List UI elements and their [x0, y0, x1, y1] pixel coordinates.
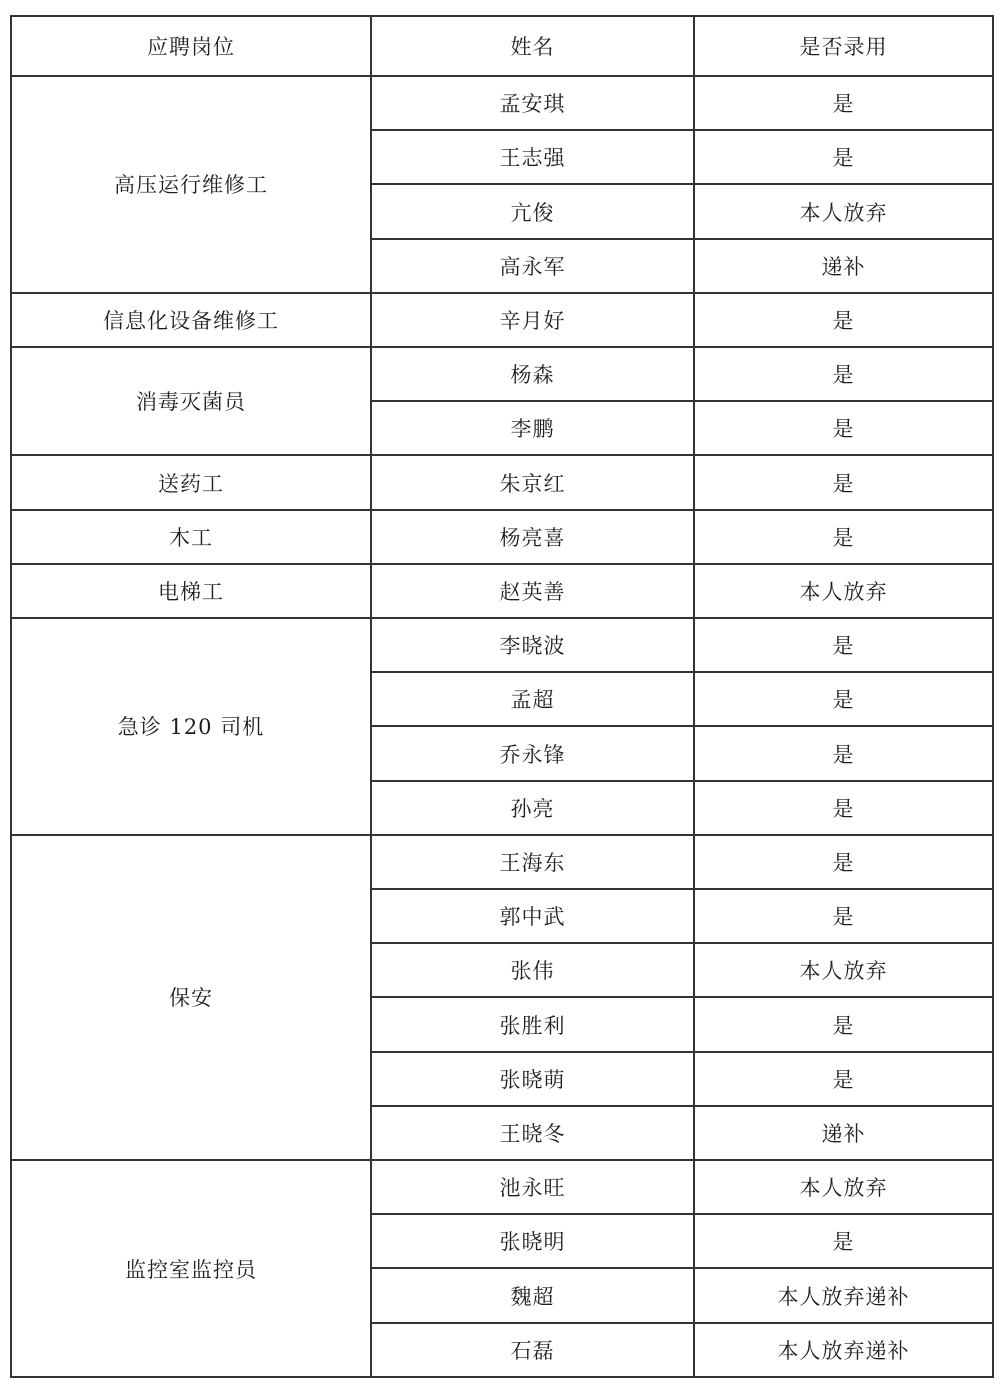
name-cell: 池永旺 — [371, 1160, 694, 1214]
name-cell: 杨亮喜 — [371, 510, 694, 564]
name-cell: 王海东 — [371, 835, 694, 889]
result-cell: 是 — [694, 672, 993, 726]
header-row: 应聘岗位 姓名 是否录用 — [11, 16, 993, 76]
table-row: 电梯工赵英善本人放弃 — [11, 564, 993, 618]
table-row: 监控室监控员池永旺本人放弃 — [11, 1160, 993, 1214]
name-cell: 亢俊 — [371, 184, 694, 238]
result-cell: 是 — [694, 455, 993, 509]
header-name: 姓名 — [371, 16, 694, 76]
result-cell: 是 — [694, 401, 993, 455]
name-cell: 赵英善 — [371, 564, 694, 618]
name-cell: 张晓明 — [371, 1214, 694, 1268]
table-row: 信息化设备维修工辛月好是 — [11, 293, 993, 347]
name-cell: 张晓萌 — [371, 1052, 694, 1106]
position-cell: 监控室监控员 — [11, 1160, 371, 1377]
result-cell: 是 — [694, 835, 993, 889]
table-row: 保安王海东是 — [11, 835, 993, 889]
result-cell: 本人放弃 — [694, 184, 993, 238]
result-cell: 是 — [694, 347, 993, 401]
name-cell: 李鹏 — [371, 401, 694, 455]
result-cell: 是 — [694, 1214, 993, 1268]
result-cell: 本人放弃 — [694, 564, 993, 618]
header-result: 是否录用 — [694, 16, 993, 76]
name-cell: 王志强 — [371, 130, 694, 184]
name-cell: 李晓波 — [371, 618, 694, 672]
result-cell: 是 — [694, 889, 993, 943]
result-cell: 本人放弃 — [694, 943, 993, 997]
result-cell: 是 — [694, 1052, 993, 1106]
position-cell: 保安 — [11, 835, 371, 1160]
result-cell: 本人放弃递补 — [694, 1268, 993, 1322]
result-cell: 是 — [694, 76, 993, 130]
position-cell: 急诊 120 司机 — [11, 618, 371, 835]
position-cell: 高压运行维修工 — [11, 76, 371, 293]
position-cell: 消毒灭菌员 — [11, 347, 371, 455]
name-cell: 王晓冬 — [371, 1106, 694, 1160]
name-cell: 孙亮 — [371, 781, 694, 835]
name-cell: 杨森 — [371, 347, 694, 401]
result-cell: 是 — [694, 293, 993, 347]
result-cell: 是 — [694, 618, 993, 672]
result-cell: 递补 — [694, 239, 993, 293]
table-row: 木工杨亮喜是 — [11, 510, 993, 564]
name-cell: 张胜利 — [371, 997, 694, 1051]
table-row: 送药工朱京红是 — [11, 455, 993, 509]
result-cell: 是 — [694, 130, 993, 184]
name-cell: 辛月好 — [371, 293, 694, 347]
result-cell: 是 — [694, 510, 993, 564]
table-row: 急诊 120 司机李晓波是 — [11, 618, 993, 672]
table-row: 高压运行维修工孟安琪是 — [11, 76, 993, 130]
name-cell: 石磊 — [371, 1323, 694, 1377]
position-cell: 信息化设备维修工 — [11, 293, 371, 347]
name-cell: 乔永锋 — [371, 726, 694, 780]
result-cell: 本人放弃递补 — [694, 1323, 993, 1377]
result-cell: 本人放弃 — [694, 1160, 993, 1214]
name-cell: 孟超 — [371, 672, 694, 726]
document-page: 应聘岗位 姓名 是否录用 高压运行维修工孟安琪是王志强是亢俊本人放弃高永军递补信… — [0, 0, 1000, 1388]
name-cell: 郭中武 — [371, 889, 694, 943]
position-cell: 电梯工 — [11, 564, 371, 618]
header-position: 应聘岗位 — [11, 16, 371, 76]
name-cell: 孟安琪 — [371, 76, 694, 130]
name-cell: 高永军 — [371, 239, 694, 293]
name-cell: 魏超 — [371, 1268, 694, 1322]
result-cell: 是 — [694, 781, 993, 835]
table-row: 消毒灭菌员杨森是 — [11, 347, 993, 401]
table-body: 高压运行维修工孟安琪是王志强是亢俊本人放弃高永军递补信息化设备维修工辛月好是消毒… — [11, 76, 993, 1377]
position-cell: 木工 — [11, 510, 371, 564]
result-cell: 递补 — [694, 1106, 993, 1160]
position-cell: 送药工 — [11, 455, 371, 509]
result-cell: 是 — [694, 726, 993, 780]
result-cell: 是 — [694, 997, 993, 1051]
name-cell: 张伟 — [371, 943, 694, 997]
name-cell: 朱京红 — [371, 455, 694, 509]
recruitment-table: 应聘岗位 姓名 是否录用 高压运行维修工孟安琪是王志强是亢俊本人放弃高永军递补信… — [10, 15, 994, 1378]
